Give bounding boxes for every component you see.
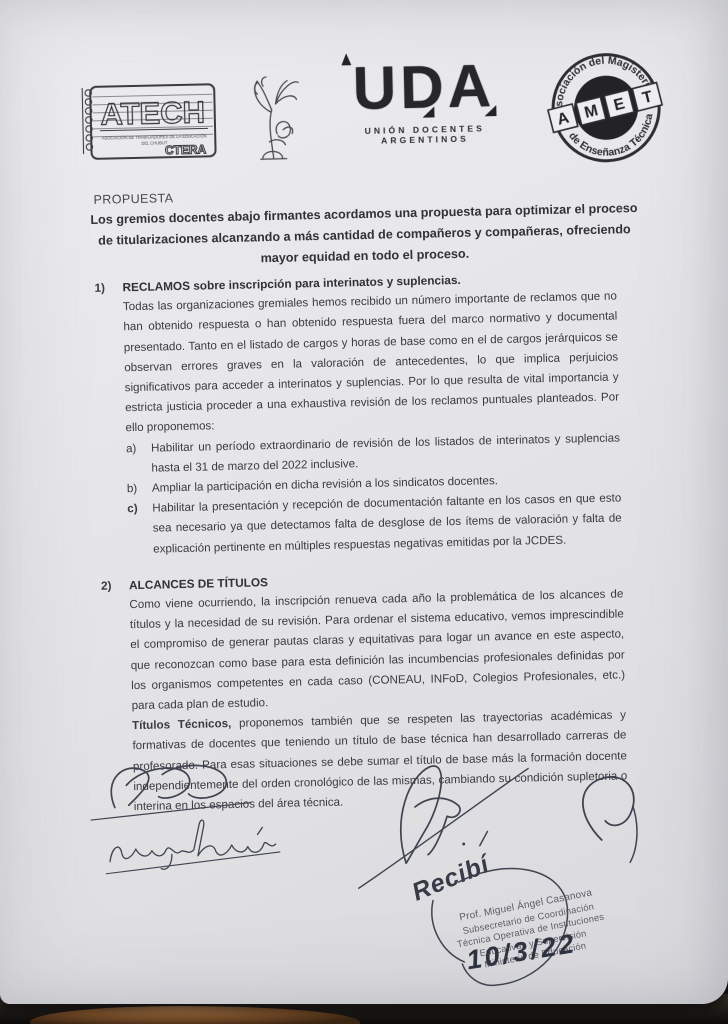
section-body-text: Todas las organizaciones gremiales hemos… bbox=[123, 287, 620, 439]
section-reclamos: 1) RECLAMOS sobre inscripción para inter… bbox=[94, 266, 622, 560]
ctera-logo-wordmark: CTERA bbox=[165, 142, 207, 157]
proposal-list: a) Habilitar un período extraordinario d… bbox=[126, 428, 623, 560]
tree-emblem-icon bbox=[242, 69, 302, 169]
list-item-label: b) bbox=[127, 479, 152, 500]
section-alcances-titulos: 2) ALCANCES DE TÍTULOS Como viene ocurri… bbox=[101, 564, 628, 818]
list-item-text: Habilitar la presentación y recepción de… bbox=[152, 489, 622, 560]
atech-logo-icon: ATECH ASOCIACIÓN DE TRABAJADORES DE LA E… bbox=[77, 77, 221, 171]
document-intro-paragraph: Los gremios docentes abajo firmantes aco… bbox=[88, 198, 641, 273]
bold-lead: Títulos Técnicos, bbox=[132, 717, 232, 732]
header-logos: ATECH ASOCIACIÓN DE TRABAJADORES DE LA E… bbox=[76, 45, 667, 183]
document-sections: 1) RECLAMOS sobre inscripción para inter… bbox=[94, 266, 628, 833]
section-body-text: Como viene ocurriendo, la inscripción re… bbox=[129, 584, 626, 716]
document-kicker: PROPUESTA bbox=[93, 191, 173, 207]
uda-logo-tagline: UNIÓN DOCENTES ARGENTINOS bbox=[325, 122, 525, 146]
received-handwriting: Recibí bbox=[408, 850, 494, 908]
uda-logo: UDA UNIÓN DOCENTES ARGENTINOS bbox=[323, 56, 525, 146]
document-content: ATECH ASOCIACIÓN DE TRABAJADORES DE LA E… bbox=[0, 0, 728, 1024]
document-photo: ATECH ASOCIACIÓN DE TRABAJADORES DE LA E… bbox=[0, 0, 728, 1024]
amet-logo-icon: Asociación del Magisterio de Enseñanza T… bbox=[534, 36, 679, 184]
list-item: c) Habilitar la presentación y recepción… bbox=[127, 489, 622, 560]
list-item-label: c) bbox=[127, 499, 153, 560]
list-item-label: a) bbox=[126, 438, 152, 479]
section-body-text-2: Títulos Técnicos, proponemos también que… bbox=[132, 706, 628, 818]
atech-logo-wordmark: ATECH bbox=[100, 94, 205, 131]
